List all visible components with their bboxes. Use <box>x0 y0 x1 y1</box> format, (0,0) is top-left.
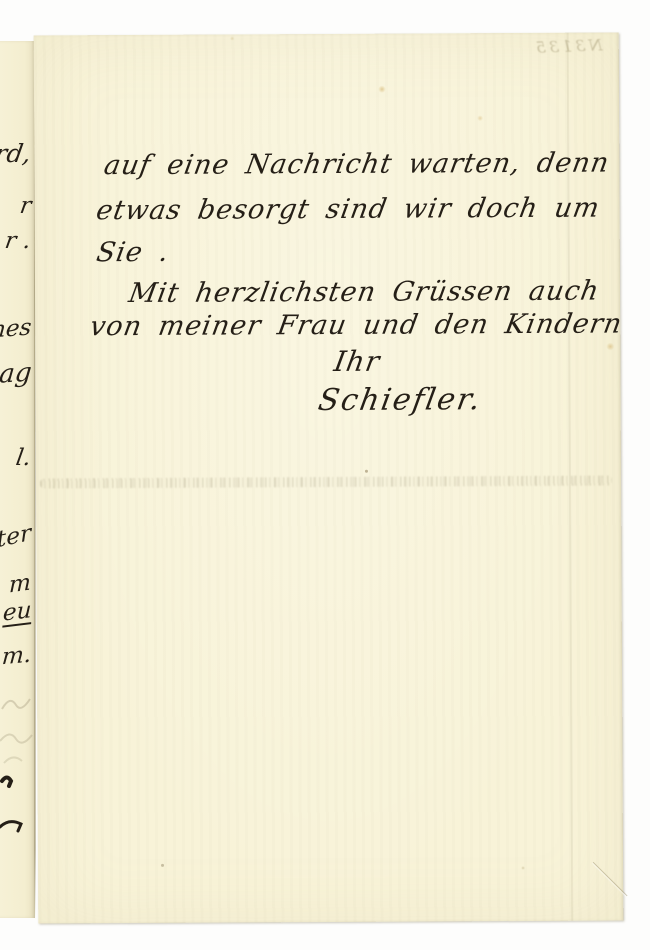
word-fragment: ird, <box>0 141 33 166</box>
showthrough-scribble <box>0 689 35 769</box>
ink-speck <box>365 470 368 473</box>
signature: Schiefler. <box>316 385 484 416</box>
corner-crease-line <box>593 862 628 896</box>
fox-spot <box>521 866 525 870</box>
letter-line-1: auf eine Nachricht warten, denn <box>102 150 612 180</box>
word-fragment: nes <box>0 317 32 343</box>
letter-closing-ihr: Ihr <box>332 348 382 376</box>
letter-line-4: Mit herzlichsten Grüssen auch <box>127 278 602 307</box>
ink-speck <box>161 864 164 867</box>
letter-line-5: von meiner Frau und den Kindern <box>88 310 625 340</box>
word-fragment: ätter <box>0 522 32 556</box>
fox-spot <box>477 115 483 121</box>
word-fragment: l. <box>15 447 33 470</box>
word-fragment: lag <box>0 360 32 389</box>
scanned-letter-page: ird, r r . nes lag l. ätter m eu m. N313… <box>0 0 650 950</box>
ink-mark <box>0 765 35 855</box>
word-fragment: eu <box>2 599 32 625</box>
fox-spot <box>378 86 386 93</box>
verso-text-showthrough-band <box>40 476 612 489</box>
letter-line-2: etwas besorgt sind wir doch um <box>94 195 602 225</box>
fox-spot <box>606 343 614 351</box>
word-fragment: m. <box>1 644 32 669</box>
word-fragment: m <box>9 572 31 598</box>
verso-number-showthrough: N3135 <box>533 35 603 57</box>
letter-line-3: Sie . <box>95 239 172 266</box>
word-fragment: r . <box>4 230 33 253</box>
fox-spot <box>230 36 235 40</box>
facing-page-edge: ird, r r . nes lag l. ätter m eu m. <box>0 41 35 918</box>
word-fragment: r <box>18 195 33 218</box>
letter-page: N3135 auf eine Nachricht warten, denn et… <box>34 32 624 923</box>
